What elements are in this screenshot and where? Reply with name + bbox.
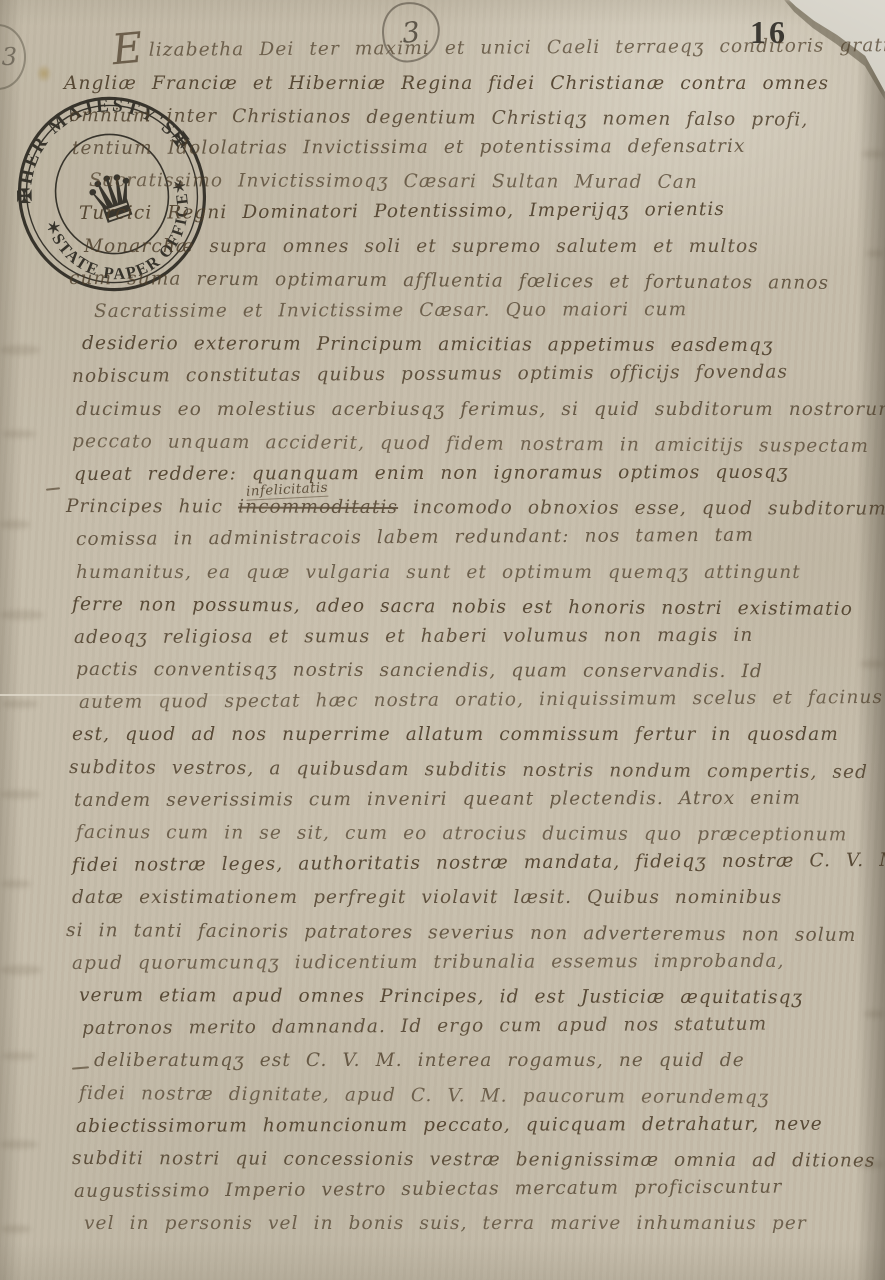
manuscript-line: ducimus eo molestius acerbiusqʒ ferimus,… bbox=[76, 399, 876, 432]
bleedthrough-mark bbox=[862, 150, 884, 158]
manuscript-line: humanitus, ea quæ vulgaria sunt et optim… bbox=[76, 562, 876, 595]
manuscript-line: est, quod ad nos nuperrime allatum commi… bbox=[72, 724, 876, 757]
manuscript-line: Sacratissime et Invictissime Cæsar. Quo … bbox=[94, 298, 876, 333]
margin-dash bbox=[46, 487, 60, 490]
struck-word: incommoditatisinfelicitatis bbox=[238, 497, 398, 519]
manuscript-line: adeoqʒ religiosa et sumus et haberi volu… bbox=[74, 624, 876, 659]
edge-folio-mark-value: 3 bbox=[2, 43, 17, 71]
bleedthrough-mark bbox=[864, 1010, 884, 1018]
manuscript-line: vel in personis vel in bonis suis, terra… bbox=[84, 1213, 876, 1246]
bleedthrough-mark bbox=[866, 250, 884, 257]
manuscript-line: apud quorumcunqʒ iudicentium tribunalia … bbox=[72, 950, 876, 985]
bleedthrough-mark bbox=[0, 610, 44, 620]
flourished-initial: E bbox=[112, 47, 144, 50]
manuscript-line: datæ existimationem perfregit violavit l… bbox=[72, 887, 876, 920]
bleedthrough-mark bbox=[0, 1140, 38, 1149]
manuscript-line: Monarchæ supra omnes soli et supremo sal… bbox=[84, 236, 876, 269]
manuscript-line: comissa in administracois labem redundan… bbox=[76, 524, 876, 562]
manuscript-line: augustissimo Imperio vestro subiectas me… bbox=[74, 1176, 876, 1214]
manuscript-line: deliberatumqʒ est C. V. M. interea rogam… bbox=[94, 1050, 876, 1083]
bleedthrough-mark bbox=[1, 1225, 31, 1233]
manuscript-line: tandem severissimis cum inveniri queant … bbox=[74, 787, 876, 822]
interlinear-insertion: infelicitatis bbox=[246, 480, 329, 501]
bleedthrough-mark bbox=[0, 520, 30, 529]
bleedthrough-mark bbox=[2, 430, 36, 438]
manuscript-line: Elizabetha Dei ter maximi et unici Caeli… bbox=[112, 35, 876, 72]
manuscript-line: nobiscum constitutas quibus possumus opt… bbox=[72, 361, 876, 399]
bleedthrough-mark bbox=[858, 1160, 884, 1169]
manuscript-line: Turcici Regni Dominatori Potentissimo, I… bbox=[79, 198, 876, 236]
manuscript-line: patronos merito damnanda. Id ergo cum ap… bbox=[82, 1013, 876, 1051]
manuscript-line: queat reddere: quanquam enim non ignoram… bbox=[74, 461, 876, 496]
manuscript-line: abiectissimorum homuncionum peccato, qui… bbox=[76, 1113, 876, 1148]
manuscript-line: fidei nostræ leges, authoritatis nostræ … bbox=[72, 850, 876, 888]
manuscript-line: autem quod spectat hæc nostra oratio, in… bbox=[79, 687, 876, 725]
bleedthrough-mark bbox=[2, 1052, 36, 1060]
bleedthrough-mark bbox=[0, 345, 40, 355]
ink-stain bbox=[36, 64, 52, 83]
manuscript-page: 16 3 3 ✠HER MAJESTY'S✠ ✶STATE PAPER OFFI… bbox=[0, 0, 885, 1280]
letter-body: Elizabetha Dei ter maximi et unici Caeli… bbox=[64, 40, 876, 1246]
bleedthrough-mark bbox=[0, 965, 42, 975]
edge-folio-mark-circled-3: 3 bbox=[0, 24, 26, 90]
manuscript-line: tentium Idololatrias Invictissima et pot… bbox=[72, 135, 876, 170]
bleedthrough-mark bbox=[2, 700, 38, 708]
bleedthrough-mark bbox=[0, 790, 40, 799]
bleedthrough-mark bbox=[860, 660, 884, 668]
bleedthrough-mark bbox=[1, 880, 31, 888]
manuscript-line: Angliæ Franciæ et Hiberniæ Regina fidei … bbox=[64, 73, 876, 106]
